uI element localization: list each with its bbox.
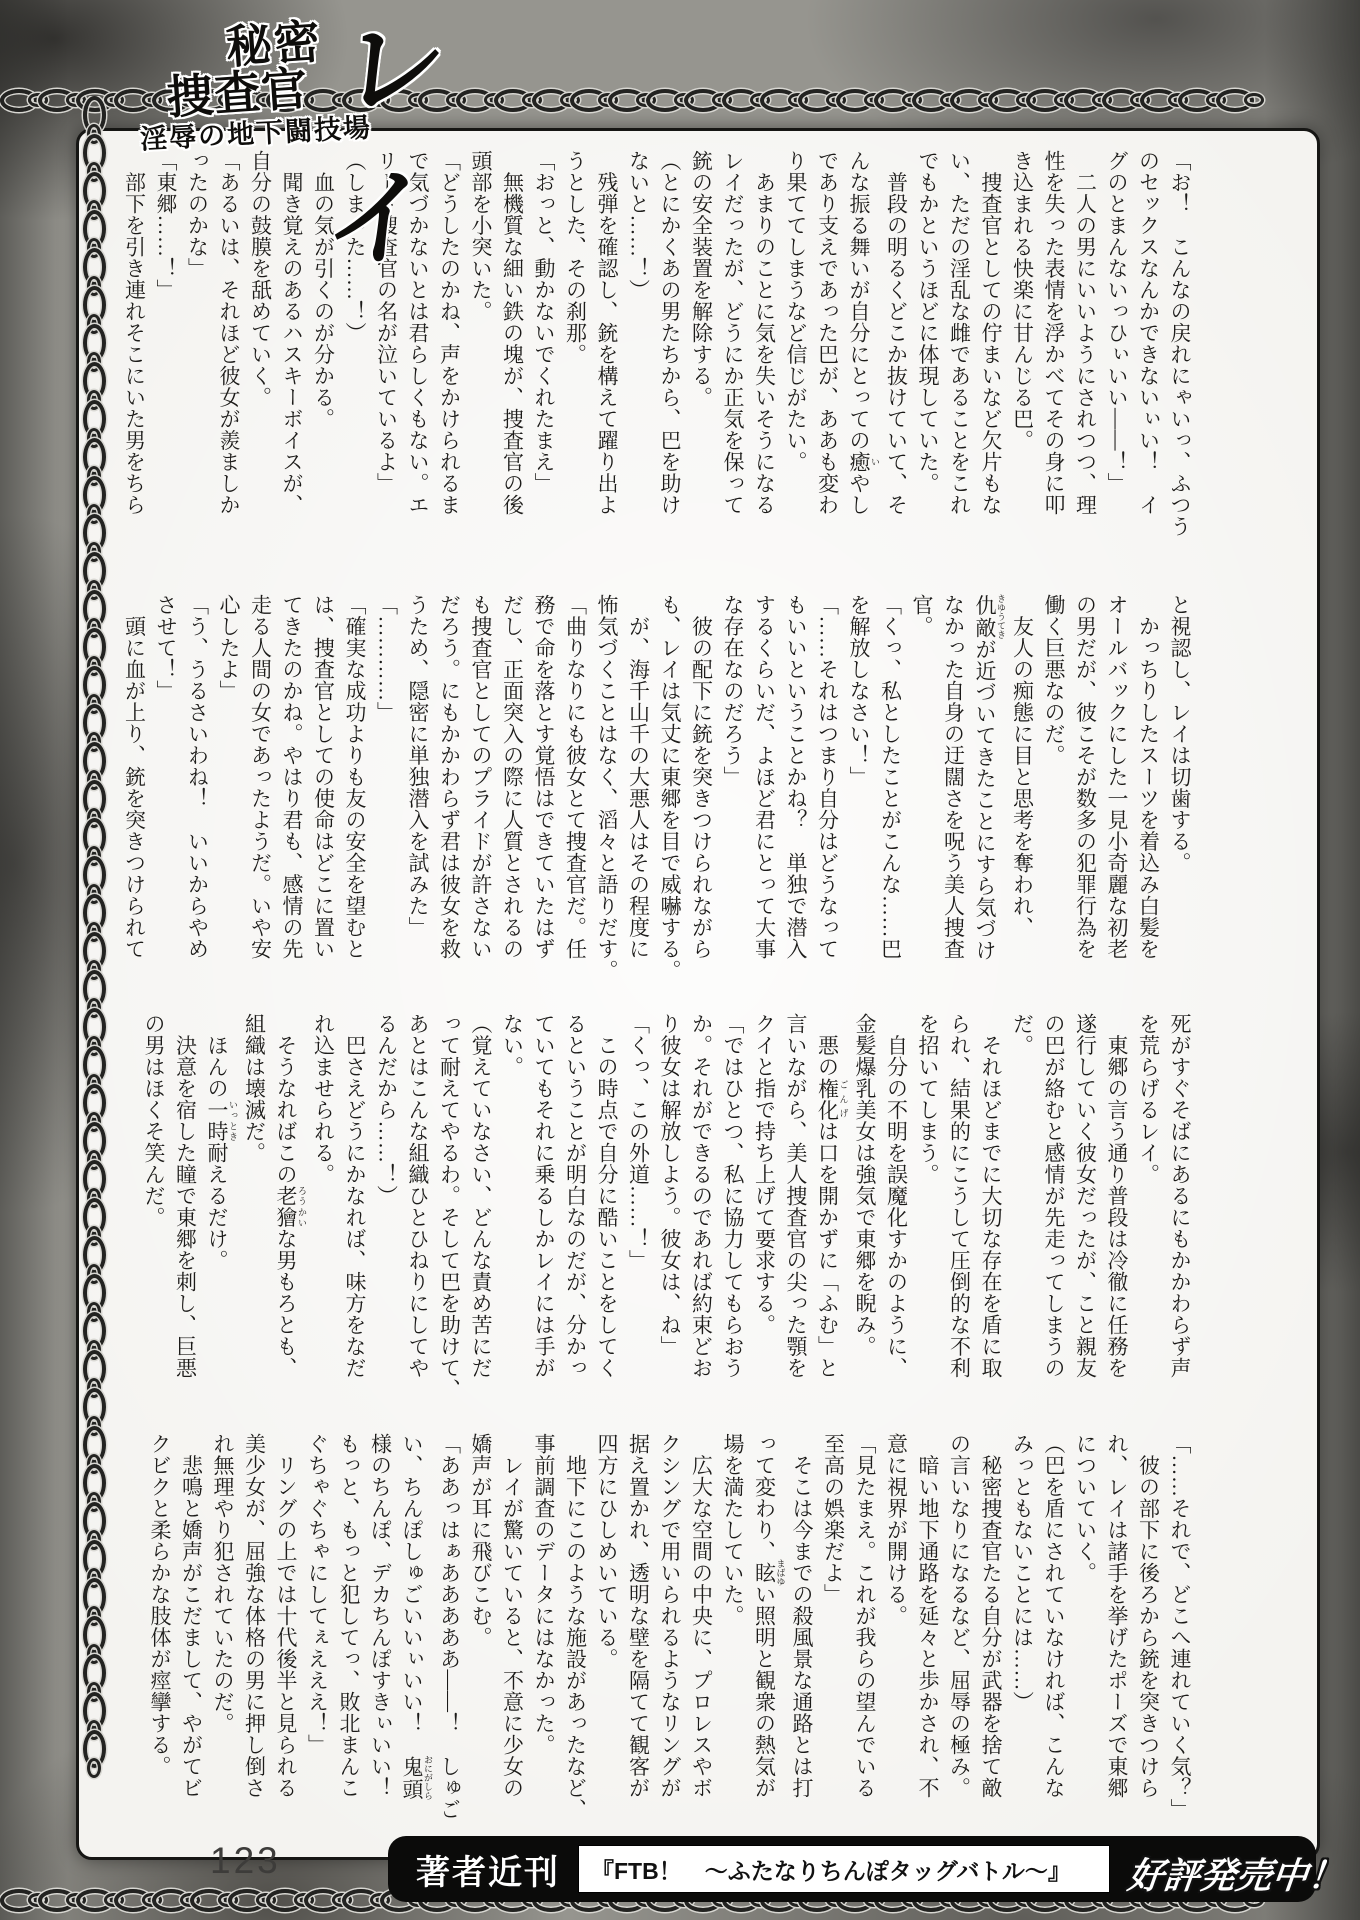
text-column: 「…………」 [370,594,402,994]
on-sale-note: 好評発売中！ [1125,1848,1346,1899]
text-column: かっちりしたスーツを着込み白髪を [1132,594,1164,994]
chain-border-left-icon [78,96,110,1896]
text-column: についていく。 [1069,1433,1101,1825]
text-column: するくらいだ、よほど君にとって大事 [748,594,780,994]
text-column: でもかというほどに体現していた。 [912,150,944,554]
text-column: ない。 [496,1013,528,1411]
text-column: この時点で自分に酷いことをしてく [591,1013,623,1411]
text-column: 金髪爆乳美女は強気で東郷を睨み。 [849,1013,881,1411]
text-column: 意に視界が開ける。 [880,1433,912,1825]
text-column: られ、結果的にこうして圧倒的な不利 [943,1013,975,1411]
text-column: 「……それで、どこへ連れていく気？」 [1164,1433,1196,1825]
text-column: 「くっ、私としたことがこんな……巴 [874,594,906,994]
text-column: 広大な空間の中央に、プロレスやボ [685,1433,717,1825]
text-column: 「曲りなりにも彼女とて捜査官だ。任 [559,594,591,994]
ad-label: 著者近刊 [416,1845,560,1894]
text-column: い、ちんぽしゅごいいぃいい！ 鬼頭おにがしら [396,1433,434,1825]
text-column: り果ててしまうなど信じがたい。 [780,150,812,554]
text-column: の言いなりになるなど、屈辱の極み。 [943,1433,975,1825]
text-column: 地下にこのような施設があったなど、 [559,1433,591,1825]
text-column: 無機質な細い鉄の塊が、捜査官の後 [496,150,528,554]
text-column: 「う、うるさいわね！ いいからやめ [181,594,213,994]
text-column: そこは今までの殺風景な通路とは打 [786,1433,818,1825]
text-column: 遂行していく彼女だったが、こと親友 [1069,1013,1101,1411]
text-column: と視認し、レイは切歯する。 [1164,594,1196,994]
ad-title-box: 『FTB！ ～ふたなりちんぽタッグバトル～』 [578,1845,1110,1893]
text-column: 「どうしたのかね、声をかけられるま [433,150,465,554]
text-column: 走る人間の女であったようだ。いや安 [244,594,276,994]
text-column: んな振る舞いが自分にとっての癒いやし [843,150,881,554]
text-column: 悪の権化ごんげは口を開かずに「ふむ」と [811,1013,849,1411]
text-column: 性を失った表情を浮かべてその身に叩 [1038,150,1070,554]
text-column: 「あるいは、それほど彼女が羨ましか [213,150,245,554]
text-column: 怖気づくことはなく、滔々と語りだす。 [591,594,623,994]
text-column: って変わり、眩まばゆい照明と観衆の熱気が [748,1433,786,1825]
text-column: オールバックにした一見小奇麗な初老 [1101,594,1133,994]
text-column: 「ああっはぁあああああ――！ しゅご [433,1433,465,1825]
text-column: 自分の鼓膜を舐めていく。 [244,150,276,554]
text-column: れ、レイは諸手を挙げたポーズで東郷 [1101,1433,1133,1825]
text-column: 「お！ こんなの戻れにゃいっ、ふつう [1164,150,1196,554]
text-column: 秘密捜査官たる自分が武器を捨て敵 [975,1433,1007,1825]
text-column: 様のちんぽ、デカちんぽすきぃいい！ [364,1433,396,1825]
text-column: 仇敵きゆうてきが近づいてきたことにすら気づけ [969,594,1007,994]
text-column: を荒らげるレイ。 [1132,1013,1164,1411]
text-column: であり支えであった巴が、ああも変わ [811,150,843,554]
text-column: 「東郷……！」 [150,150,182,554]
text-column: も、レイは気丈に東郷を目で威嚇する。 [654,594,686,994]
text-column: 「ではひとつ、私に協力してもらおう [717,1013,749,1411]
text-column: 普段の明るくどこか抜けていて、そ [880,150,912,554]
text-column: 場を満たしていた。 [717,1433,749,1825]
text-column: 務で命を落とす覚悟はできていたはず [528,594,560,994]
text-column: それほどまでに大切な存在を盾に取 [975,1013,1007,1411]
text-column: るんだから……！） [370,1013,402,1411]
chain-link-icon [1244,93,1264,107]
text-column: って耐えてやるわ。そして巴を助けて、 [433,1013,465,1411]
text-column: 「確実な成功よりも友の安全を望むと [339,594,371,994]
text-column: ないと……！） [622,150,654,554]
text-column: 美少女が、屈強な体格の男に押し倒さ [238,1433,270,1825]
text-column: ったのかな」 [181,150,213,554]
text-band-2: と視認し、レイは切歯する。 かっちりしたスーツを着込み白髪をオールバックにした一… [95,594,1195,994]
text-column: なかった自身の迂闊さを呪う美人捜査 [937,594,969,994]
text-column: 捜査官としての佇まいなど欠片もな [975,150,1007,554]
text-column: 銃の安全装置を解除する。 [685,150,717,554]
text-column: 決意を宿した瞳で東郷を刺し、巨悪 [169,1013,201,1411]
text-column: だし、正面突入の際に人質とされるの [496,594,528,994]
text-column: （とにかくあの男たちから、巴を助け [654,150,686,554]
text-column: （覚えていなさい、どんな責め苦にだ [465,1013,497,1411]
text-column: 残弾を確認し、銃を構えて躍り出よ [591,150,623,554]
text-column: 巴さえどうにかなれば、味方をなだ [339,1013,371,1411]
text-column: のセックスなんかできないぃい！ イ [1132,150,1164,554]
text-column: 「おっと、動かないでくれたまえ」 [528,150,560,554]
text-column: 「……それはつまり自分はどうなって [811,594,843,994]
text-band-3: 死がすぐそばにあるにもかかわらず声を荒らげるレイ。 東郷の言う通り普段は冷徹に任… [95,1013,1195,1411]
text-column: 彼の配下に銃を突きつけられながら [685,594,717,994]
text-column: そうなればこの老獪ろうかいな男もろとも、 [270,1013,308,1411]
text-column: 事前調査のデータにはなかった。 [528,1433,560,1825]
text-column: クビクと柔らかな肢体が痙攣する。 [144,1433,176,1825]
text-column: だろう。にもかかわらず君は彼女を救 [433,594,465,994]
text-column: 部下を引き連れそこにいた男をちら [118,150,150,554]
text-column: は、捜査官としての使命はどこに置い [307,594,339,994]
text-column: 四方にひしめいている。 [591,1433,623,1825]
text-column: 頭部を小突いた。 [465,150,497,554]
text-column: き込まれる快楽に甘んじる巴。 [1006,150,1038,554]
text-column: るということが明白なのだが、分かっ [559,1013,591,1411]
text-column: クイと指で持ち上げて要求する。 [748,1013,780,1411]
text-column: が、海千山千の大悪人はその程度に [622,594,654,994]
text-column: い、ただの淫乱な雌であることをこれ [943,150,975,554]
text-column: 言いながら、美人捜査官の尖った顎を [780,1013,812,1411]
text-column: あまりのことに気を失いそうになる [748,150,780,554]
text-column: の男はほくそ笑んだ。 [138,1013,170,1411]
text-column: グのとまんないっひぃいい――！」 [1101,150,1133,554]
text-column: させて！」 [150,594,182,994]
page-number: 123 [210,1840,281,1882]
text-column: も捜査官としてのプライドが許さない [465,594,497,994]
text-column: 東郷の言う通り普段は冷徹に任務を [1101,1013,1133,1411]
text-column: みっともないことには……） [1006,1433,1038,1825]
text-column: な存在なのだろう」 [717,594,749,994]
ad-book-title: 『FTB！ ～ふたなりちんぽタッグバトル～』 [591,1853,1071,1886]
text-column: 暗い地下通路を延々と歩かされ、不 [912,1433,944,1825]
text-column: 心したよ」 [213,594,245,994]
text-column: もっと、もっと犯してっ、敗北まんこ [333,1433,365,1825]
text-column: 「くっ、この外道……！」 [622,1013,654,1411]
text-column: れ込ませられる。 [307,1013,339,1411]
text-column: 至高の娯楽だよ」 [817,1433,849,1825]
text-column: レイが驚いていると、不意に少女の [496,1433,528,1825]
text-column: クシングで用いられるようなリングが [654,1433,686,1825]
text-column: 頭に血が上り、銃を突きつけられて [118,594,150,994]
chain-link-icon [87,1758,101,1778]
text-column: 嬌声が耳に飛びこむ。 [465,1433,497,1825]
text-column: ていてもそれに乗るしかレイには手が [528,1013,560,1411]
text-column: 聞き覚えのあるハスキーボイスが、 [276,150,308,554]
text-column: 官。 [906,594,938,994]
text-column: れ無理やり犯されていたのだ。 [207,1433,239,1825]
text-column: を招いてしまう。 [912,1013,944,1411]
text-column: ぐちゃぐちゃにしてぇえええ！」 [301,1433,333,1825]
text-column: り彼女は解放しよう。彼女は、ね」 [654,1013,686,1411]
text-column: 働く巨悪なのだ。 [1038,594,1070,994]
text-band-1: 「お！ こんなの戻れにゃいっ、ふつうのセックスなんかできないぃい！ イグのとまん… [95,150,1195,554]
text-column: 「見たまえ。これが我らの望んでいる [849,1433,881,1825]
text-column: 悲鳴と嬌声がこだまして、やがてビ [175,1433,207,1825]
text-column: 彼の部下に後ろから銃を突きつけら [1132,1433,1164,1825]
text-column: 二人の男にいいようにされつつ、理 [1069,150,1101,554]
text-column: の巴が絡むと感情が先走ってしまうの [1038,1013,1070,1411]
text-band-4: 「……それで、どこへ連れていく気？」 彼の部下に後ろから銃を突きつけられ、レイは… [95,1433,1195,1825]
text-column: （巴を盾にされていなければ、こんな [1038,1433,1070,1825]
text-column: もいいということかね？ 単独で潜入 [780,594,812,994]
text-column: 据え置かれ、透明な壁を隔てて観客が [622,1433,654,1825]
text-column: 自分の不明を誤魔化すかのように、 [880,1013,912,1411]
text-column: だ。 [1006,1013,1038,1411]
text-column: の男だが、彼こそが数多の犯罪行為を [1069,594,1101,994]
text-column: うとした、その刹那。 [559,150,591,554]
text-column: あとはこんな組織ひとひねりにしてや [402,1013,434,1411]
text-column: を解放しなさい！」 [843,594,875,994]
text-column: てきたのかね。やはり君も、感情の先 [276,594,308,994]
text-column: 組織は壊滅だ。 [238,1013,270,1411]
text-column: か。それができるのであれば約束どお [685,1013,717,1411]
text-column: 死がすぐそばにあるにもかかわらず声 [1164,1013,1196,1411]
text-column: ほんの一時いっとき耐えるだけ。 [201,1013,239,1411]
text-column: リングの上では十代後半と見られる [270,1433,302,1825]
text-column: 友人の痴態に目と思考を奪われ、 [1006,594,1038,994]
text-column: レイだったが、どうにか正気を保って [717,150,749,554]
series-logo: 秘密 捜査官 レイ 淫辱の地下闘技場 [73,0,423,162]
text-column: うため、隠密に単独潜入を試みた」 [402,594,434,994]
